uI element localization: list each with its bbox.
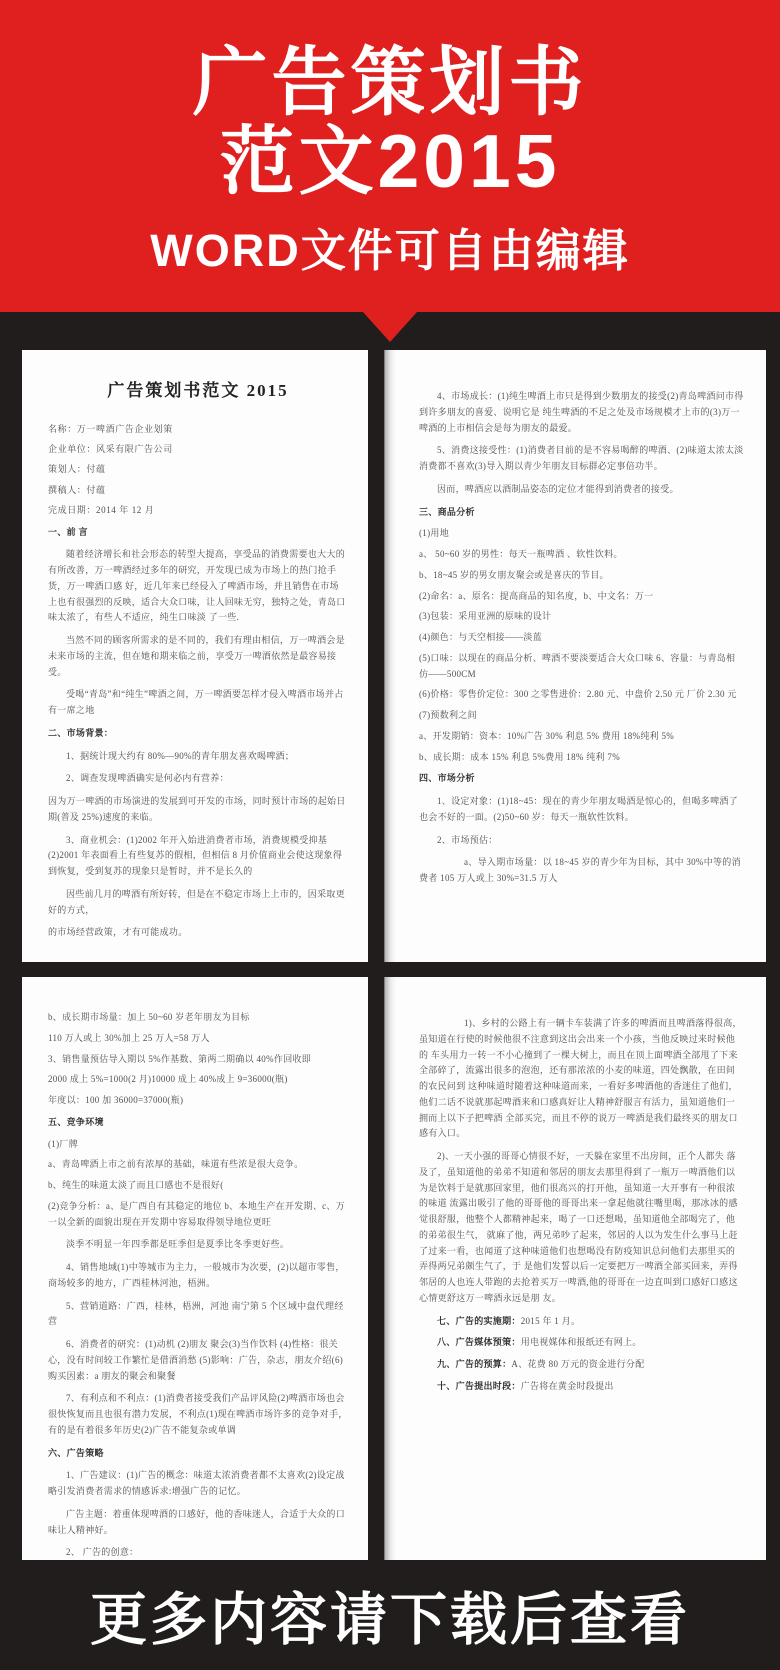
page-row-bottom: b、成长期市场量：加上 50~60 岁老年朋友为目标110 万人或上 30%加上… — [22, 977, 766, 1560]
page-row-top: 广告策划书范文 2015名称：万一啤酒广告企业划策企业单位：风采有限广告公司策划… — [22, 350, 766, 962]
document-paragraph: 受喝“青岛”和“纯生”啤酒之间，万一啤酒要怎样才侵入啤酒市场并占有一席之地 — [48, 687, 348, 719]
document-paragraph: b、成长期：成本 15% 利息 5%费用 18% 纯利 7% — [419, 750, 744, 766]
document-paragraph: (2)竞争分析：a、是广西自有其稳定的地位 b、本地生产在开发期、c、万一以全新… — [48, 1199, 348, 1231]
paragraph-text: (4)颜色：与天空相接——淡蓝 — [419, 632, 542, 642]
document-paragraph: 5、营销道路：广西，桂林，梧洲，河池 南宁第 5 个区域中盘代理经营 — [48, 1299, 348, 1331]
paragraph-text: b、纯生的味道太淡了而且口感也不是很好( — [48, 1180, 224, 1190]
document-paragraph: 一、前 言 — [48, 525, 348, 541]
paragraph-text: (7)预数利之间 — [419, 710, 477, 720]
paragraph-text: (1)用地 — [419, 528, 449, 538]
document-paragraph: 五、竞争环境 — [48, 1115, 348, 1131]
paragraph-text: 用电视媒体和报纸还有网上。 — [521, 1337, 642, 1347]
document-paragraph: 十、广告提出时段：广告将在黄金时段提出 — [419, 1379, 744, 1395]
paragraph-text: 4、销售地域(1)中等城市为主力，一般城市为次要，(2)以超市零售，商场较多的地… — [48, 1262, 345, 1288]
document-paragraph: 因为万一啤酒的市场演进的发展到可开发的市场，同时预计市场的起始日期(普及 25%… — [48, 794, 348, 826]
document-paragraph: 4、市场成长：(1)纯生啤酒上市只是得到少数朋友的接受(2)青岛啤酒问市得到许多… — [419, 389, 744, 436]
banner-pointer-triangle — [363, 312, 417, 342]
paragraph-text: b、成长期市场量：加上 50~60 岁老年朋友为目标 — [48, 1012, 250, 1022]
document-paragraph: 2、 广告的创意： — [48, 1545, 348, 1560]
paragraph-bold-prefix: 七、广告的实施期： — [437, 1316, 521, 1326]
document-paragraph: 因而，啤酒应以酒制品姿态的定位才能得到消费者的接受。 — [419, 482, 744, 498]
document-paragraph: 7、有利点和不利点：(1)消费者接受我们产品评风险(2)啤酒市场也会很快恢复而且… — [48, 1391, 348, 1438]
banner-subtitle: WORD文件可自由编辑 — [150, 214, 629, 279]
paragraph-text: 受喝“青岛”和“纯生”啤酒之间，万一啤酒要怎样才侵入啤酒市场并占有一席之地 — [48, 689, 344, 715]
paragraph-text: 四、市场分析 — [419, 773, 475, 783]
document-paragraph: b、18~45 岁的男女朋友聚会或是喜庆的节目。 — [419, 568, 744, 584]
document-paragraph: 广告主题：着重体现啤酒的口感好，他的香味迷人，合适于大众的口味让人精神好。 — [48, 1507, 348, 1539]
paragraph-text: 名称：万一啤酒广告企业划策 — [48, 424, 173, 434]
document-paragraph: 5、消费这接受性：(1)消费者目前的是不容易喝醉的啤酒、(2)味道太浓太淡消费都… — [419, 443, 744, 475]
paragraph-text: 淡季不明显一年四季都是旺季但是夏季比冬季更好些。 — [66, 1239, 289, 1249]
document-paragraph: 撰稿人：付蕴 — [48, 483, 348, 499]
document-paragraph: 4、销售地域(1)中等城市为主力，一般城市为次要，(2)以超市零售，商场较多的地… — [48, 1260, 348, 1292]
document-paragraph: 2、市场预估： — [419, 833, 744, 849]
paragraph-bold-prefix: 九、广告的预算： — [437, 1359, 511, 1369]
banner-title-line2: 范文2015 — [220, 122, 561, 201]
paragraph-text: 二、市场背景： — [48, 728, 113, 738]
document-paragraph: 三、商品分析 — [419, 505, 744, 521]
document-paragraph: 3、销售量预估导入期以 5%作基数、第两二期确以 40%作回收即 — [48, 1052, 348, 1068]
paragraph-text: 2、 广告的创意： — [66, 1547, 138, 1557]
paragraph-text: 5、营销道路：广西，桂林，梧洲，河池 南宁第 5 个区域中盘代理经营 — [48, 1301, 344, 1327]
document-paragraph: b、成长期市场量：加上 50~60 岁老年朋友为目标 — [48, 1010, 348, 1026]
document-page-4: 1)、乡村的公路上有一辆卡车装满了许多的啤酒而且啤酒落得很高，虽知道在行使的时候… — [384, 977, 766, 1560]
paragraph-text: (2)竞争分析：a、是广西自有其稳定的地位 b、本地生产在开发期、c、万一以全新… — [48, 1201, 345, 1227]
document-paragraph: (6)价格：零售价定位：300 之零售进价：2.80 元、中盘价 2.50 元 … — [419, 687, 744, 703]
paragraph-text: 1、广告建议：(1)广告的概念：味道太浓消费者都不太喜欢(2)设定战略引发消费者… — [48, 1470, 345, 1496]
document-paragraph: 1、广告建议：(1)广告的概念：味道太浓消费者都不太喜欢(2)设定战略引发消费者… — [48, 1468, 348, 1500]
paragraph-text: 撰稿人：付蕴 — [48, 485, 106, 495]
paragraph-text: 3、销售量预估导入期以 5%作基数、第两二期确以 40%作回收即 — [48, 1054, 311, 1064]
paragraph-text: 2000 成上 5%=1000(2 月)10000 成上 40%成上 9=360… — [48, 1074, 288, 1084]
paragraph-text: 7、有利点和不利点：(1)消费者接受我们产品评风险(2)啤酒市场也会很快恢复而且… — [48, 1393, 348, 1435]
document-paragraph: 策划人：付蕴 — [48, 462, 348, 478]
paragraph-text: (1)厂牌 — [48, 1139, 78, 1149]
paragraph-text: 完成日期：2014 年 12 月 — [48, 505, 154, 515]
document-paragraph: 当然不同的顾客所需求的是不同的，我们有理由相信，万一啤酒会是未来市场的主流，但在… — [48, 633, 348, 680]
document-paragraph: (1)厂牌 — [48, 1137, 348, 1153]
document-paragraph: 广告策划书范文 2015 — [48, 376, 348, 406]
document-paragraph: 6、消费者的研究：(1)动机 (2)朋友 聚会(3)当作饮料 (4)性格：很关心… — [48, 1337, 348, 1384]
paragraph-text: a、 50~60 岁的男性：每天一瓶啤酒 、软性饮料。 — [419, 549, 623, 559]
document-paragraph: a、 50~60 岁的男性：每天一瓶啤酒 、软性饮料。 — [419, 547, 744, 563]
document-paragraph: a、开发期销：资本：10%广告 30% 利息 5% 费用 18%纯利 5% — [419, 729, 744, 745]
document-paragraph: 2、调查发现啤酒确实是何必内有营养： — [48, 771, 348, 787]
document-paragraph: 六、广告策略 — [48, 1446, 348, 1462]
document-paragraph: b、纯生的味道太淡了而且口感也不是很好( — [48, 1178, 348, 1194]
document-page-2: 4、市场成长：(1)纯生啤酒上市只是得到少数朋友的接受(2)青岛啤酒问市得到许多… — [384, 350, 766, 962]
paragraph-text: (3)包装：采用亚洲的原味的设计 — [419, 611, 551, 621]
paragraph-text: 因为万一啤酒的市场演进的发展到可开发的市场，同时预计市场的起始日期(普及 25%… — [48, 796, 346, 822]
paragraph-text: 6、消费者的研究：(1)动机 (2)朋友 聚会(3)当作饮料 (4)性格：很关心… — [48, 1339, 343, 1381]
banner-title-line1: 广告策划书 — [192, 43, 587, 122]
document-paragraph: 四、市场分析 — [419, 771, 744, 787]
paragraph-text: 1)、乡村的公路上有一辆卡车装满了许多的啤酒而且啤酒落得很高，虽知道在行使的时候… — [419, 1018, 742, 1138]
paragraph-text: 1、据统计现大约有 80%—90%的青年朋友喜欢喝啤酒； — [66, 751, 294, 761]
document-paragraph: 企业单位：风采有限广告公司 — [48, 442, 348, 458]
document-paragraph: a、导入期市场量：以 18~45 岁的青少年为目标，其中 30%中等的消费者 1… — [419, 855, 744, 887]
paragraph-text: (2)命名：a、原名：提高商品的知名度，b、中文名：万一 — [419, 591, 653, 601]
paragraph-text: 策划人：付蕴 — [48, 464, 106, 474]
document-paragraph: (1)用地 — [419, 526, 744, 542]
paragraph-text: 3、商业机会：(1)2002 年开入始进消费者市场，消费规模受抑基(2)2001… — [48, 835, 342, 877]
paragraph-text: 五、竞争环境 — [48, 1117, 104, 1127]
paragraph-text: 2、调查发现啤酒确实是何必内有营养： — [66, 773, 229, 783]
document-paragraph: 九、广告的预算：A、花费 80 万元的资金进行分配 — [419, 1357, 744, 1373]
document-paragraph: 1、据统计现大约有 80%—90%的青年朋友喜欢喝啤酒； — [48, 749, 348, 765]
paragraph-text: a、导入期市场量：以 18~45 岁的青少年为目标，其中 30%中等的消费者 1… — [419, 857, 741, 883]
document-page-3: b、成长期市场量：加上 50~60 岁老年朋友为目标110 万人或上 30%加上… — [22, 977, 368, 1560]
document-paragraph: 完成日期：2014 年 12 月 — [48, 503, 348, 519]
paragraph-text: 2015 年 1 月。 — [521, 1316, 581, 1326]
footer-banner: 更多内容请下载后查看 — [0, 1560, 780, 1670]
paragraph-text: 广告策划书范文 2015 — [107, 381, 288, 400]
paragraph-bold-prefix: 十、广告提出时段： — [437, 1381, 521, 1391]
paragraph-text: 110 万人或上 30%加上 25 万人=58 万人 — [48, 1033, 210, 1043]
document-paragraph: 2000 成上 5%=1000(2 月)10000 成上 40%成上 9=360… — [48, 1072, 348, 1088]
paragraph-text: a、青岛啤酒上市之前有浓厚的基础，味道有些浓是很大竞争。 — [48, 1159, 303, 1169]
document-paragraph: 110 万人或上 30%加上 25 万人=58 万人 — [48, 1031, 348, 1047]
document-paragraph: 1、设定对象：(1)18~45：现在的青少年朋友喝酒是惊心的，但喝多啤酒了也会不… — [419, 794, 744, 826]
document-paragraph: 2)、一天小强的哥哥心情很不好，一天躲在家里不出房间，正个人都失 落及了，虽知道… — [419, 1149, 744, 1307]
document-paragraph: (7)预数利之间 — [419, 708, 744, 724]
paragraph-text: 企业单位：风采有限广告公司 — [48, 444, 173, 454]
paragraph-text: b、成长期：成本 15% 利息 5%费用 18% 纯利 7% — [419, 752, 620, 762]
paragraph-text: 4、市场成长：(1)纯生啤酒上市只是得到少数朋友的接受(2)青岛啤酒问市得到许多… — [419, 391, 744, 433]
document-paragraph: 淡季不明显一年四季都是旺季但是夏季比冬季更好些。 — [48, 1237, 348, 1253]
paragraph-text: 1、设定对象：(1)18~45：现在的青少年朋友喝酒是惊心的，但喝多啤酒了也会不… — [419, 796, 738, 822]
paragraph-text: 的市场经营政策，才有可能成功。 — [48, 927, 188, 937]
document-paragraph: 3、商业机会：(1)2002 年开入始进消费者市场，消费规模受抑基(2)2001… — [48, 833, 348, 880]
paragraph-text: 随着经济增长和社会形态的转型大提高，享受品的消费需要也大大的有所改善，万一啤酒经… — [48, 549, 346, 622]
document-paragraph: 年度以：100 加 36000=37000(瓶) — [48, 1093, 348, 1109]
paragraph-text: 因而，啤酒应以酒制品姿态的定位才能得到消费者的接受。 — [437, 484, 679, 494]
paragraph-text: 因些前几月的啤酒有所好转，但是在不稳定市场上上市的，因采取更好的方式， — [48, 889, 345, 915]
paragraph-text: 年度以：100 加 36000=37000(瓶) — [48, 1095, 183, 1105]
document-paragraph: 八、广告媒体预策：用电视媒体和报纸还有网上。 — [419, 1335, 744, 1351]
footer-text: 更多内容请下载后查看 — [90, 1574, 690, 1656]
document-preview-area: 广告策划书范文 2015名称：万一啤酒广告企业划策企业单位：风采有限广告公司策划… — [0, 350, 780, 1560]
document-paragraph: 1)、乡村的公路上有一辆卡车装满了许多的啤酒而且啤酒落得很高，虽知道在行使的时候… — [419, 1016, 744, 1142]
paragraph-bold-prefix: 八、广告媒体预策： — [437, 1337, 521, 1347]
document-paragraph: (3)包装：采用亚洲的原味的设计 — [419, 609, 744, 625]
paragraph-text: 广告将在黄金时段提出 — [521, 1381, 614, 1391]
paragraph-text: 六、广告策略 — [48, 1448, 104, 1458]
document-paragraph: 的市场经营政策，才有可能成功。 — [48, 925, 348, 941]
document-page-1: 广告策划书范文 2015名称：万一啤酒广告企业划策企业单位：风采有限广告公司策划… — [22, 350, 368, 962]
document-paragraph: 随着经济增长和社会形态的转型大提高，享受品的消费需要也大大的有所改善，万一啤酒经… — [48, 547, 348, 626]
paragraph-text: 2、市场预估： — [437, 835, 498, 845]
paragraph-text: (5)口味：以现在的商品分析、啤酒不要淡要适合大众口味 6、容量：与青岛相仿——… — [419, 653, 735, 679]
document-paragraph: 名称：万一啤酒广告企业划策 — [48, 422, 348, 438]
paragraph-text: 广告主题：着重体现啤酒的口感好，他的香味迷人，合适于大众的口味让人精神好。 — [48, 1509, 345, 1535]
document-paragraph: 因些前几月的啤酒有所好转，但是在不稳定市场上上市的，因采取更好的方式， — [48, 887, 348, 919]
document-paragraph: 二、市场背景： — [48, 726, 348, 742]
paragraph-text: b、18~45 岁的男女朋友聚会或是喜庆的节目。 — [419, 570, 609, 580]
paragraph-text: (6)价格：零售价定位：300 之零售进价：2.80 元、中盘价 2.50 元 … — [419, 689, 737, 699]
document-paragraph: a、青岛啤酒上市之前有浓厚的基础，味道有些浓是很大竞争。 — [48, 1157, 348, 1173]
paragraph-text: a、开发期销：资本：10%广告 30% 利息 5% 费用 18%纯利 5% — [419, 731, 674, 741]
paragraph-text: 5、消费这接受性：(1)消费者目前的是不容易喝醉的啤酒、(2)味道太浓太淡消费都… — [419, 445, 744, 471]
document-paragraph: 七、广告的实施期：2015 年 1 月。 — [419, 1314, 744, 1330]
paragraph-text: 一、前 言 — [48, 527, 88, 537]
document-paragraph: (2)命名：a、原名：提高商品的知名度，b、中文名：万一 — [419, 589, 744, 605]
paragraph-text: 当然不同的顾客所需求的是不同的，我们有理由相信，万一啤酒会是未来市场的主流，但在… — [48, 635, 345, 677]
paragraph-text: 2)、一天小强的哥哥心情很不好，一天躲在家里不出房间，正个人都失 落及了，虽知道… — [419, 1151, 738, 1303]
paragraph-text: 三、商品分析 — [419, 507, 475, 517]
paragraph-text: A、花费 80 万元的资金进行分配 — [511, 1359, 644, 1369]
promo-banner: 广告策划书 范文2015 WORD文件可自由编辑 — [0, 0, 780, 312]
document-paragraph: (5)口味：以现在的商品分析、啤酒不要淡要适合大众口味 6、容量：与青岛相仿——… — [419, 651, 744, 683]
document-paragraph: (4)颜色：与天空相接——淡蓝 — [419, 630, 744, 646]
